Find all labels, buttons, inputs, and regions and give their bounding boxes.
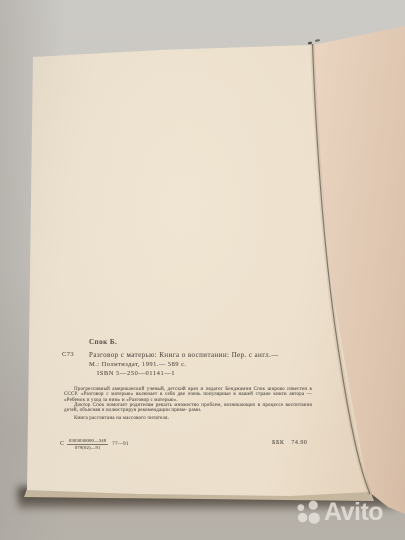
- avito-logo-icon: [295, 499, 322, 526]
- annotation-block: Прогрессивный американский ученый, детск…: [64, 387, 312, 421]
- catalog-index-suffix: 77—91: [112, 442, 129, 447]
- avito-wordmark: Avito: [324, 499, 383, 526]
- avito-watermark: Avito: [295, 499, 383, 526]
- author-line: Спок Б.: [89, 338, 117, 346]
- catalog-index: С 0303030000—348 079(02)—91 77—91: [60, 438, 129, 450]
- book-photo: Спок Б. С73 Разговор с матерью: Книга о …: [0, 0, 405, 540]
- isbn-line: ISBN 5—250—01141—1: [97, 370, 175, 377]
- catalog-index-denominator: 079(02)—91: [67, 445, 108, 451]
- catalog-index-fraction: 0303030000—348 079(02)—91: [67, 438, 108, 450]
- catalog-index-prefix: С: [60, 441, 64, 447]
- annotation-paragraph-3: Книга рассчитана на массового читателя.: [64, 416, 312, 421]
- annotation-paragraph-1: Прогрессивный американский ученый, детск…: [64, 387, 312, 403]
- annotation-paragraph-2: Доктор Спок помогает родителям решать мн…: [64, 403, 312, 414]
- bibliographic-entry-line1: Разговор с матерью: Книга о воспитании: …: [89, 351, 279, 359]
- publication-line: М.: Политиздат, 1991.— 589 с.: [89, 361, 187, 368]
- catalog-code: С73: [62, 351, 74, 358]
- bbk-code: ББК 74.90: [272, 440, 307, 446]
